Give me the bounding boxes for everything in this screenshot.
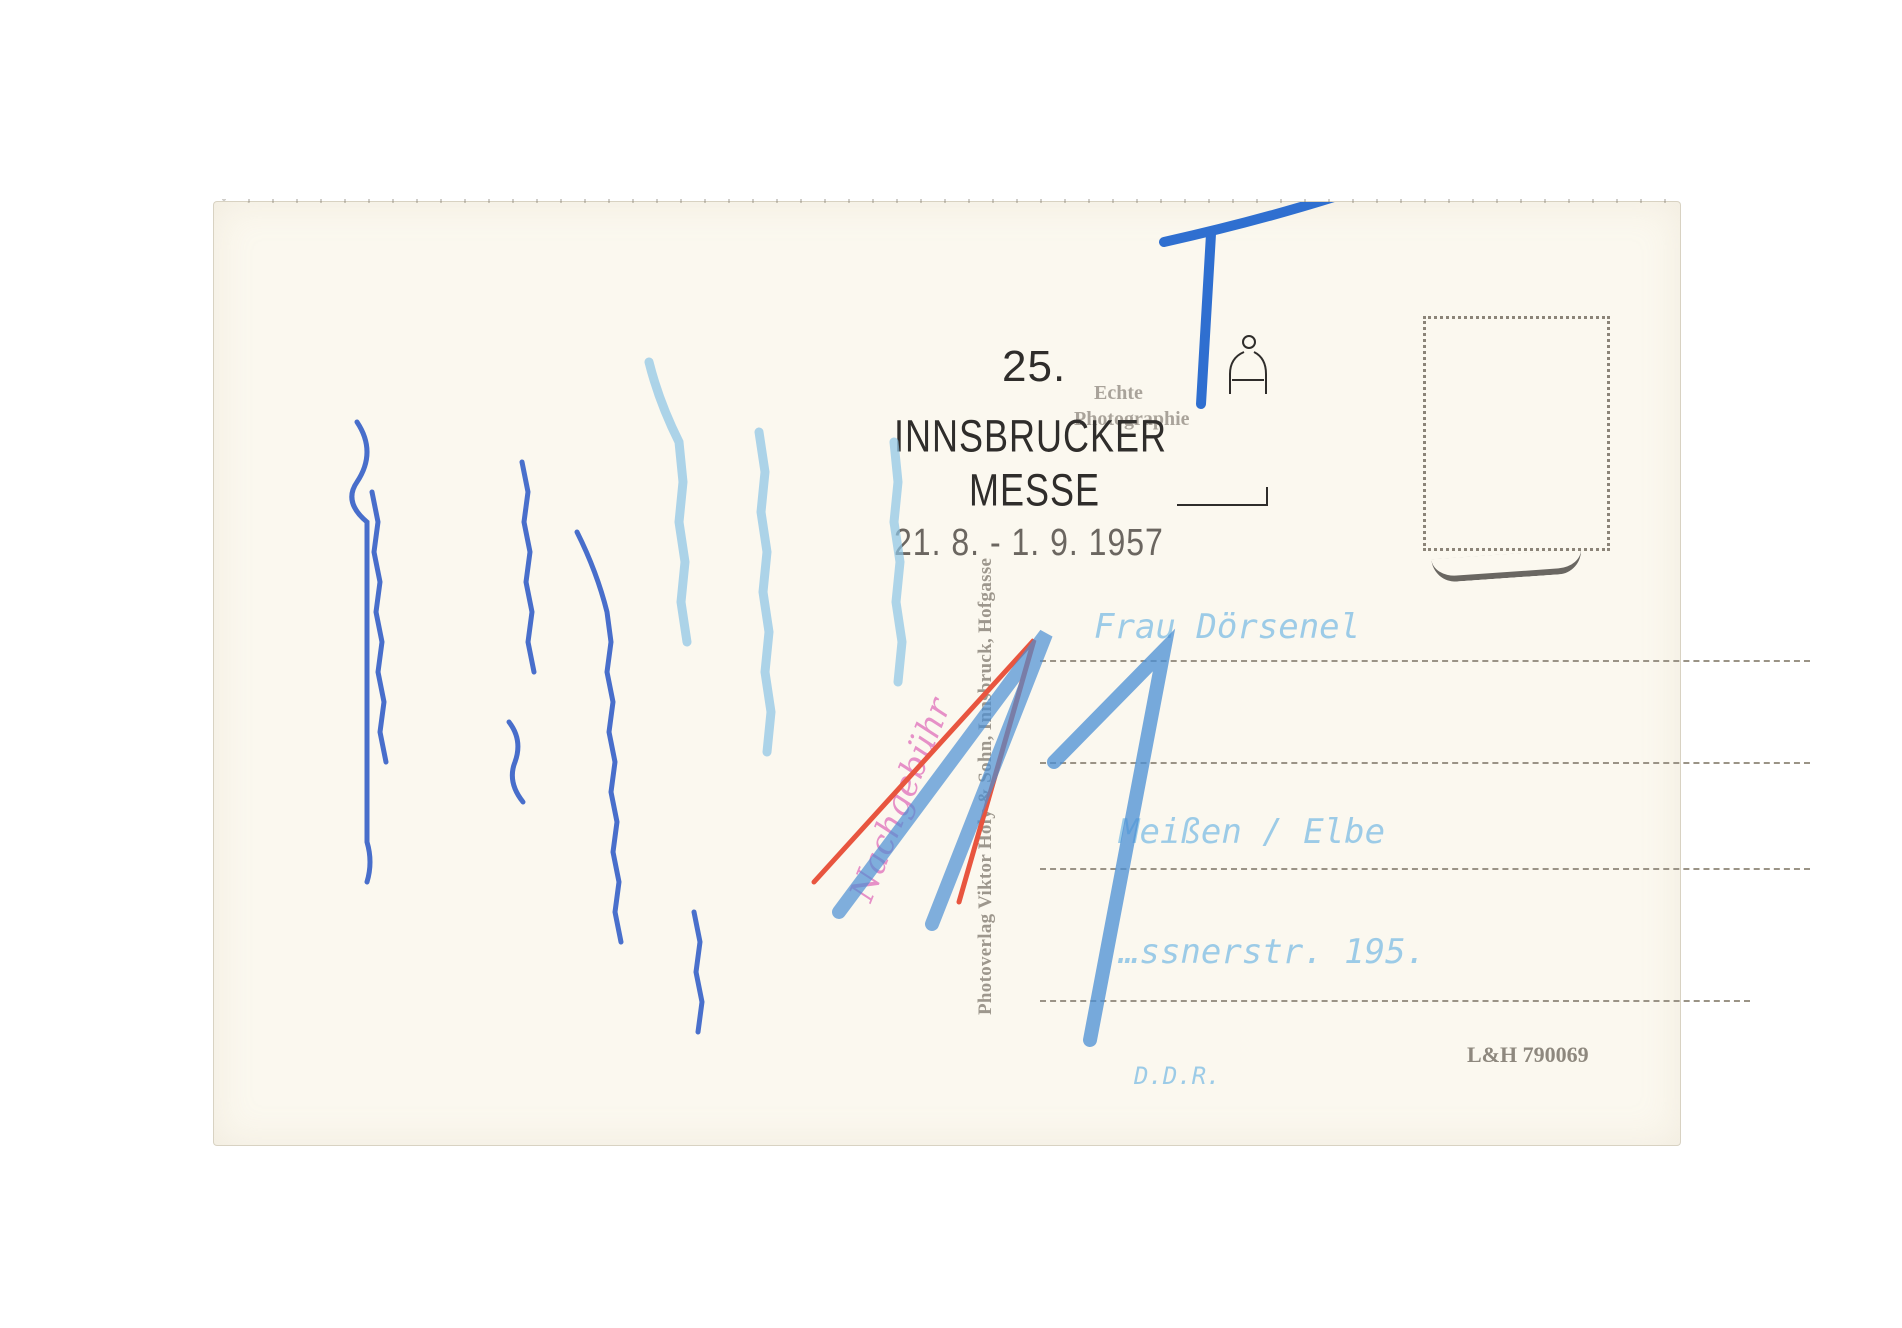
faded-handwriting — [649, 362, 902, 752]
message-handwriting — [352, 422, 702, 1032]
crayon-numeral-11 — [814, 634, 1164, 1040]
postcard-back: Echte Photographie Photoverlag Viktor Ho… — [214, 202, 1680, 1145]
pencil-mark-t — [1164, 202, 1334, 242]
handwriting-layer — [214, 202, 1680, 1145]
